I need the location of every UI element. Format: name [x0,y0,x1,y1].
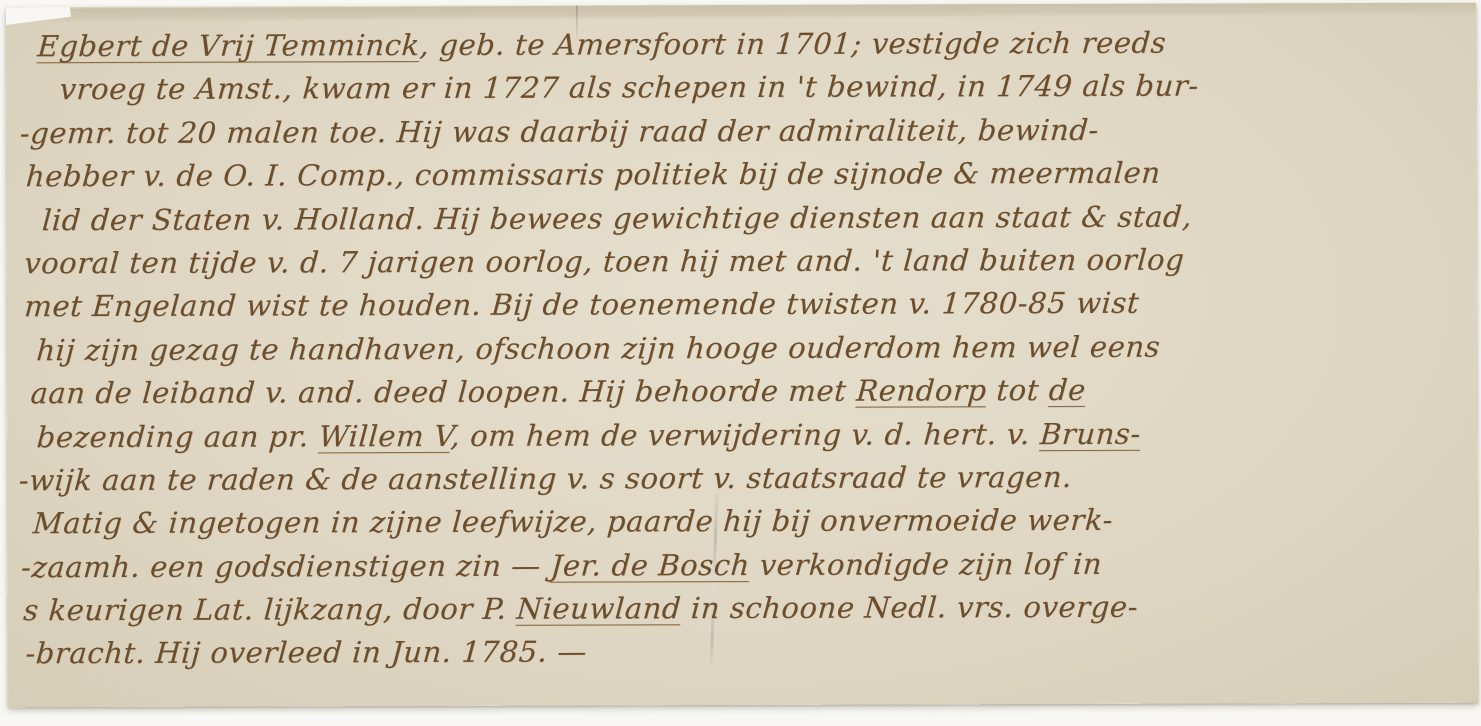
line-text: -zaamh. een godsdienstigen zin — [20,548,552,584]
subject-name: Egbert de Vrij Temminck [36,28,421,63]
line-text: met Engeland wist te houden. Bij de toen… [23,286,1140,324]
line-text: lid der Staten v. Holland. Hij bewees ge… [41,199,1193,237]
line-text: , geb. te Amersfoort in 1701; vestigde z… [419,26,1168,62]
manuscript-line: -wijk aan te raden & de aanstelling v. s… [17,455,1470,503]
manuscript-line: -zaamh. een godsdienstigen zin — Jer. de… [20,541,1471,589]
line-text: tot [986,373,1050,407]
line-text: hij zijn gezag te handhaven, ofschoon zi… [35,329,1161,367]
line-text: bezending aan pr. [36,419,320,454]
manuscript-line: s keurigen Lat. lijkzang, door P. Nieuwl… [22,585,1471,633]
line-text: hebber v. de O. I. Comp., commissaris po… [25,156,1162,194]
name-nieuwland: Nieuwland [516,591,683,626]
manuscript-line: bezending aan pr. Willem V, om hem de ve… [35,411,1470,459]
name-rendorp: Rendorp [855,373,988,407]
manuscript-line: hebber v. de O. I. Comp., commissaris po… [25,151,1470,199]
line-text: , om hem de verwijdering v. d. hert. v. [449,417,1041,453]
line-text: -gemr. tot 20 malen toe. Hij was daarbij… [19,113,1100,150]
line-text: vroeg te Amst., kwam er in 1727 als sche… [59,69,1200,107]
underlined-word-de: de [1048,373,1087,407]
manuscript-line: Matig & ingetogen in zijne leefwijze, pa… [32,498,1471,546]
manuscript-line: lid der Staten v. Holland. Hij bewees ge… [41,194,1470,242]
manuscript-line: Egbert de Vrij Temminck, geb. te Amersfo… [36,21,1469,69]
manuscript-card: Egbert de Vrij Temminck, geb. te Amersfo… [6,3,1478,708]
line-text: aan de leiband v. and. deed loopen. Hij … [30,374,858,411]
line-text: in schoone Nedl. vrs. overge- [680,590,1139,625]
manuscript-line: met Engeland wist te houden. Bij de toen… [23,281,1470,329]
manuscript-line: aan de leiband v. and. deed loopen. Hij … [29,368,1470,416]
name-willem-v: Willem V [318,418,452,452]
name-brunswijk: Bruns- [1039,416,1142,450]
manuscript-line: vooral ten tijde v. d. 7 jarigen oorlog,… [23,238,1470,286]
line-text: Matig & ingetogen in zijne leefwijze, pa… [32,503,1114,540]
line-text: s keurigen Lat. lijkzang, door P. [22,592,518,628]
name-jer-de-bosch: Jer. de Bosch [550,548,751,583]
line-text: vooral ten tijde v. d. 7 jarigen oorlog,… [23,243,1185,281]
manuscript-text: Egbert de Vrij Temminck, geb. te Amersfo… [32,21,1468,708]
manuscript-line: -bracht. Hij overleed in Jun. 1785. — [24,628,1471,676]
line-text: -wijk aan te raden & de aanstelling v. s… [18,460,1074,497]
manuscript-line: hij zijn gezag te handhaven, ofschoon zi… [35,324,1470,372]
line-text: verkondigde zijn lof in [749,547,1103,582]
paper-top-edge [6,3,1476,23]
line-text: -bracht. Hij overleed in Jun. 1785. — [24,635,588,671]
manuscript-line: -gemr. tot 20 malen toe. Hij was daarbij… [18,107,1469,155]
manuscript-line: vroeg te Amst., kwam er in 1727 als sche… [58,64,1469,112]
